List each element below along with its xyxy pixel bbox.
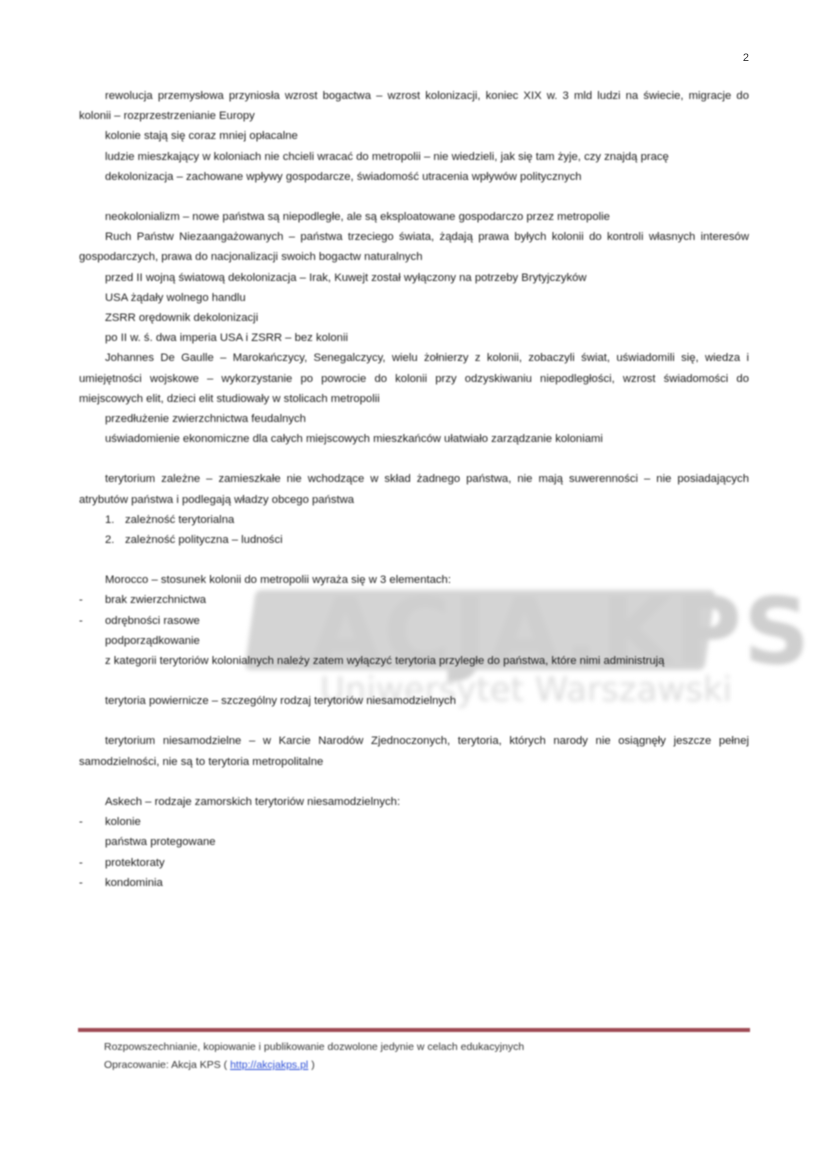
numbered-item: 1.zależność terytorialna — [79, 510, 749, 530]
paragraph: podporządkowanie — [79, 631, 749, 651]
bullet-item: kondominia — [79, 873, 749, 893]
paragraph: Ruch Państw Niezaangażowanych – państwa … — [79, 227, 749, 267]
paragraph: po II w. ś. dwa imperia USA i ZSRR – bez… — [79, 328, 749, 348]
paragraph: ludzie mieszkający w koloniach nie chcie… — [79, 147, 749, 167]
paragraph: Morocco – stosunek kolonii do metropolii… — [79, 570, 749, 590]
paragraph: rewolucja przemysłowa przyniosła wzrost … — [79, 86, 749, 126]
numbered-item: 2.zależność polityczna – ludności — [79, 530, 749, 550]
paragraph: przed II wojną światową dekolonizacja – … — [79, 268, 749, 288]
paragraph: USA żądały wolnego handlu — [79, 288, 749, 308]
bullet-item: protektoraty — [79, 853, 749, 873]
bullet-item: brak zwierzchnictwa — [79, 590, 749, 610]
footer: Rozpowszechnianie, kopiowanie i publikow… — [104, 1038, 744, 1074]
paragraph: ZSRR orędownik dekolonizacji — [79, 308, 749, 328]
footer-link[interactable]: http://akcjakps.pl — [230, 1059, 308, 1071]
paragraph: kolonie stają się coraz mniej opłacalne — [79, 126, 749, 146]
paragraph: uświadomienie ekonomiczne dla całych mie… — [79, 429, 749, 449]
paragraph: neokolonializm – nowe państwa są niepodl… — [79, 207, 749, 227]
paragraph: państwa protegowane — [79, 832, 749, 852]
page-number: 2 — [743, 52, 749, 64]
paragraph: Johannes De Gaulle – Marokańczycy, Seneg… — [79, 348, 749, 409]
paragraph: przedłużenie zwierzchnictwa feudalnych — [79, 409, 749, 429]
document-page: 2 ACJA.KPS Uniwersytet Warszawski rewolu… — [0, 0, 827, 1169]
paragraph: terytoria powiernicze – szczególny rodza… — [79, 691, 749, 711]
paragraph: terytorium zależne – zamieszkałe nie wch… — [79, 469, 749, 509]
footer-divider — [78, 1028, 750, 1032]
paragraph: dekolonizacja – zachowane wpływy gospoda… — [79, 167, 749, 187]
paragraph: z kategorii terytoriów kolonialnych nale… — [79, 651, 749, 671]
bullet-item: odrębności rasowe — [79, 611, 749, 631]
footer-credit: Opracowanie: Akcja KPS ( http://akcjakps… — [104, 1056, 744, 1074]
paragraph: Askech – rodzaje zamorskich terytoriów n… — [79, 792, 749, 812]
footer-license-text: Rozpowszechnianie, kopiowanie i publikow… — [104, 1038, 744, 1056]
paragraph: terytorium niesamodzielne – w Karcie Nar… — [79, 731, 749, 771]
document-body: rewolucja przemysłowa przyniosła wzrost … — [79, 86, 749, 893]
bullet-item: kolonie — [79, 812, 749, 832]
